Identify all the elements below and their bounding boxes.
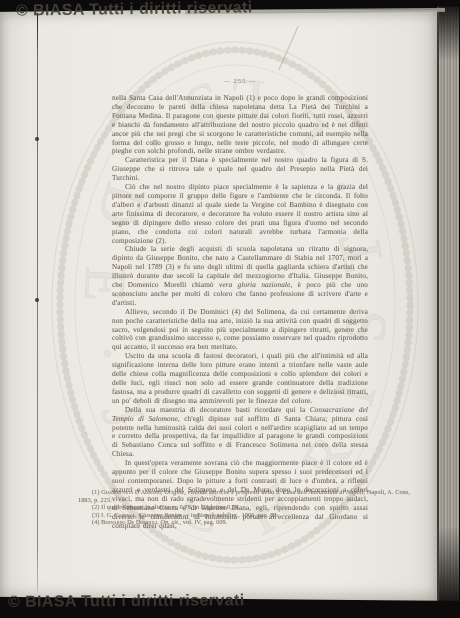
paragraph: (2) Il quadro misura in altezza m. 0,78,… bbox=[78, 504, 410, 512]
copyright-watermark-top: © BIASA Tutti i diritti riservati bbox=[16, 0, 253, 21]
page-number: — 255 — bbox=[112, 78, 368, 85]
paragraph: (1) Giambattista D'Addosio, Origine, vic… bbox=[78, 489, 410, 504]
paragraph: (4) Bernardo De Dominici, Op. cit., vol.… bbox=[78, 519, 410, 527]
paragraph: Chiude la serie degli acquisti di scuola… bbox=[112, 245, 368, 307]
book-page: S · D E · J · C H R I S T · L L — 255 — … bbox=[0, 10, 437, 602]
paragraph: Caratteristica per il Diana è specialmen… bbox=[112, 156, 368, 183]
footnotes: (1) Giambattista D'Addosio, Origine, vic… bbox=[78, 489, 410, 527]
paragraph: Uscito da una scuola di fastosi decorato… bbox=[112, 352, 368, 405]
ink-speck bbox=[35, 137, 39, 141]
body-paragraphs: nella Santa Casa dell'Annunziata in Napo… bbox=[112, 94, 368, 530]
paragraph: Allievo, secondo il De Dominici (4) del … bbox=[112, 308, 368, 353]
paragraph: nella Santa Casa dell'Annunziata in Napo… bbox=[112, 94, 368, 156]
paragraph: Della sua maestria di decoratore basti r… bbox=[112, 406, 368, 459]
ink-speck bbox=[35, 298, 39, 302]
page-fold-line bbox=[37, 13, 38, 591]
copyright-watermark-bottom: © BIASA Tutti i diritti riservati bbox=[8, 592, 245, 612]
page-stack-edge bbox=[437, 6, 459, 610]
paragraph: Ciò che nel nostro dipinto piace special… bbox=[112, 183, 368, 245]
paper-crease bbox=[278, 26, 298, 70]
scanned-book-page-view: S · D E · J · C H R I S T · L L — 255 — … bbox=[0, 0, 460, 618]
